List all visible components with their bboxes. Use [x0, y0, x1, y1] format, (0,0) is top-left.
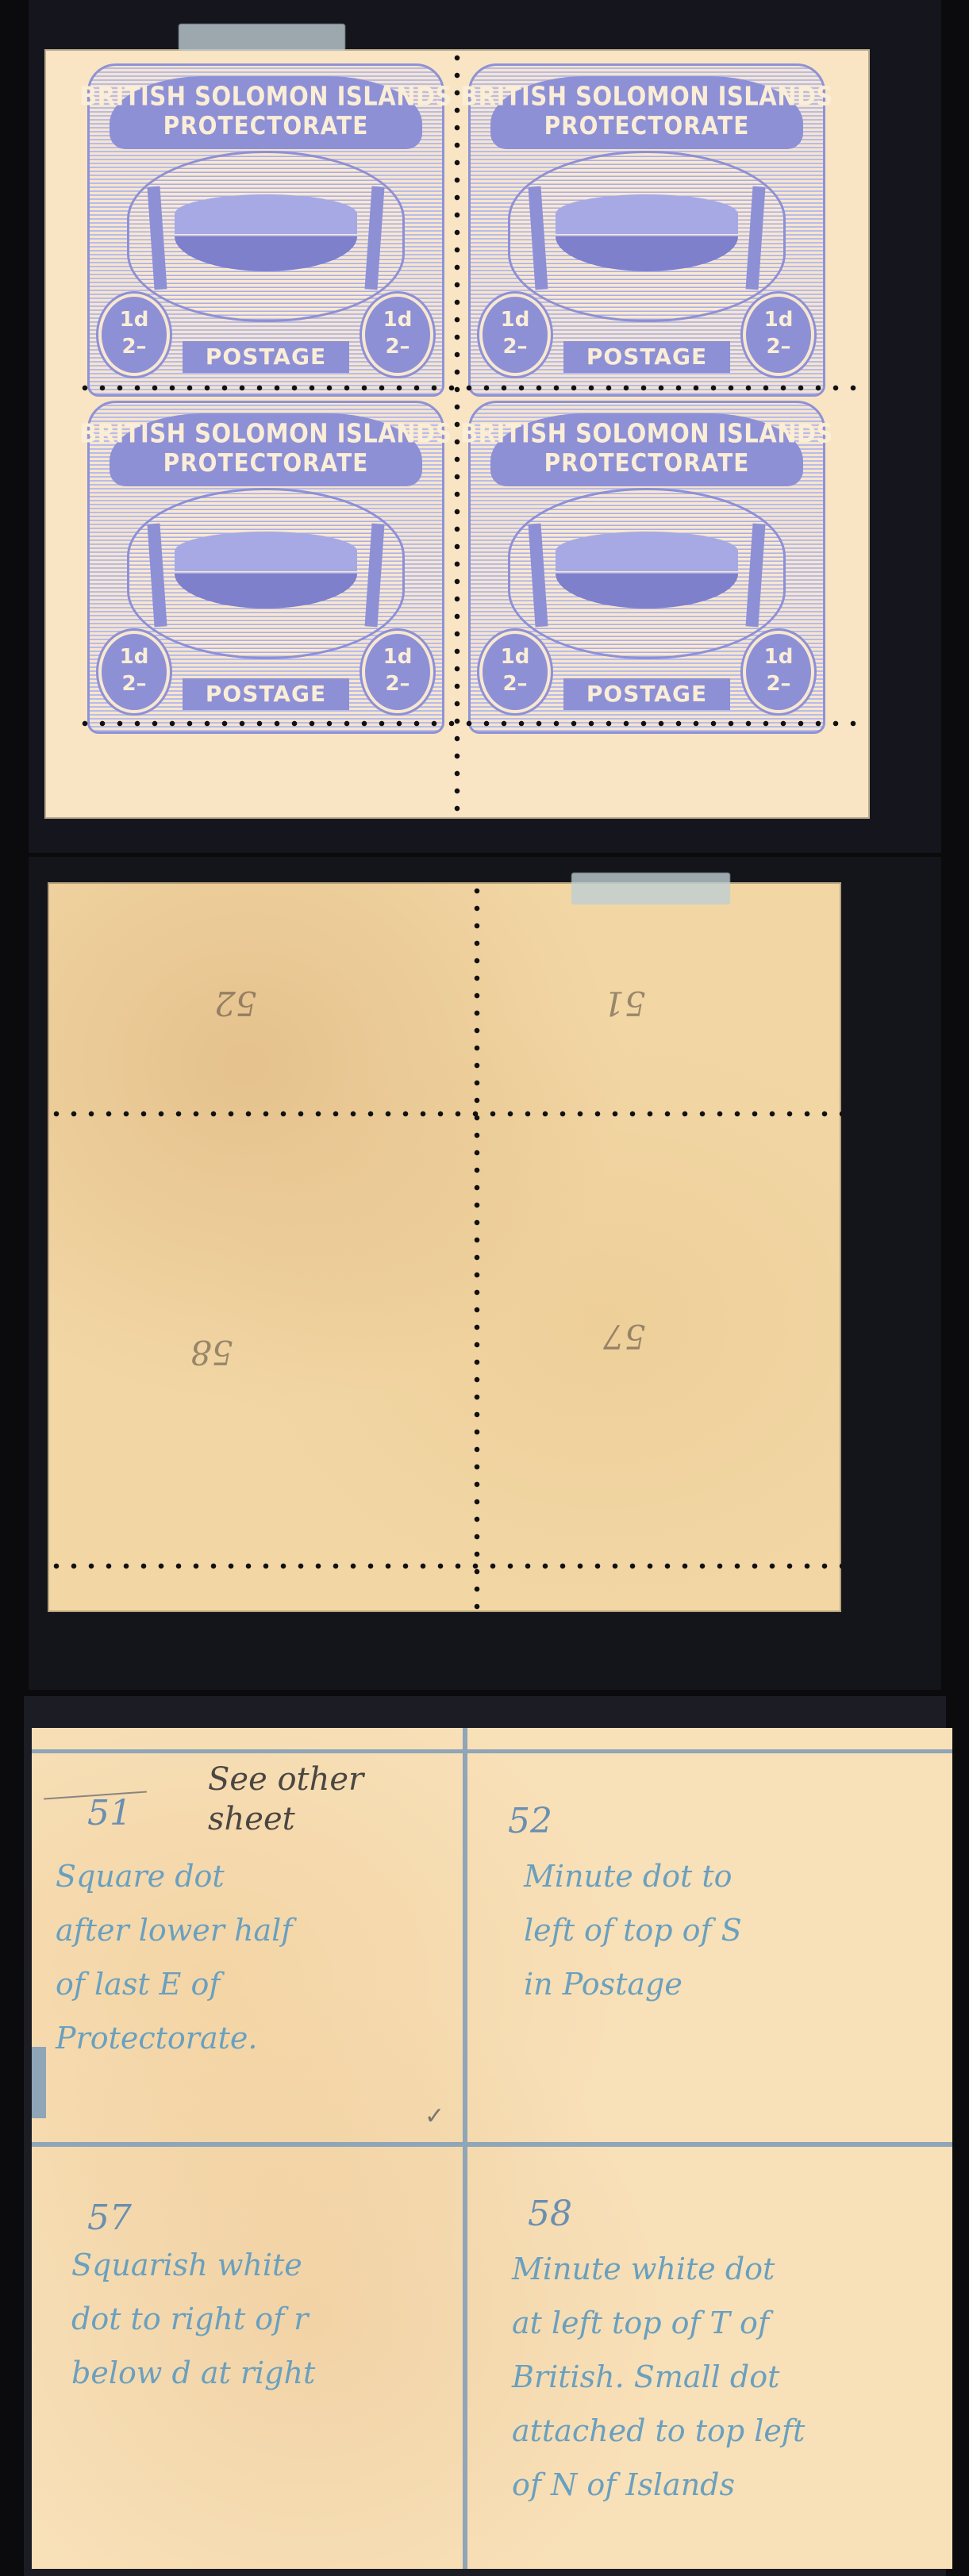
- position-number: 51: [87, 1793, 292, 1833]
- perforation-vertical: [474, 882, 480, 1612]
- stamp-subtitle: PROTECTORATE: [79, 448, 452, 477]
- note-text: Minute dot to left of top of S in Postag…: [524, 1849, 742, 2011]
- value-tablet: 1d2–: [479, 631, 551, 713]
- grid-line: [32, 1749, 952, 1753]
- value-tablet: 1d2–: [362, 294, 433, 376]
- grid-line: [32, 2142, 952, 2147]
- grid-line: [32, 2047, 46, 2118]
- note-cell-51: 51 Square dot after lower half of last E…: [87, 1793, 292, 2065]
- note-cell-52: 52 Minute dot to left of top of S in Pos…: [508, 1801, 742, 2011]
- back-number: 52: [214, 984, 256, 1023]
- hinge-remnant: [571, 873, 730, 904]
- perforation-horizontal: [48, 1563, 841, 1569]
- stamp-title: BRITISH SOLOMON ISLANDS: [79, 417, 452, 448]
- stamp-title: BRITISH SOLOMON ISLANDS: [460, 80, 833, 111]
- value-tablet: 1d2–: [743, 631, 814, 713]
- grid-line: [463, 1728, 467, 2569]
- check-mark-icon: ✓: [425, 2102, 444, 2130]
- stamp-postage-label: POSTAGE: [183, 678, 349, 710]
- stamp-postage-label: POSTAGE: [183, 341, 349, 373]
- back-number: 57: [603, 1317, 645, 1356]
- stamp-block-back: [48, 882, 841, 1612]
- position-number: 57: [87, 2198, 315, 2238]
- note-cell-57: 57 Squarish white dot to right of r belo…: [87, 2198, 315, 2400]
- back-number: 51: [603, 984, 645, 1023]
- note-cell-58: 58 Minute white dot at left top of T of …: [528, 2194, 805, 2512]
- position-number: 52: [508, 1801, 742, 1841]
- stamp-title: BRITISH SOLOMON ISLANDS: [79, 80, 452, 111]
- value-tablet: 1d2–: [743, 294, 814, 376]
- stamp-postage-label: POSTAGE: [563, 341, 730, 373]
- position-number: 58: [528, 2194, 805, 2234]
- stamp-subtitle: PROTECTORATE: [79, 111, 452, 140]
- stamp: BRITISH SOLOMON ISLANDS PROTECTORATE 1d2…: [79, 393, 452, 742]
- perforation-horizontal: [48, 1111, 841, 1117]
- stamp-postage-label: POSTAGE: [563, 678, 730, 710]
- perforation-horizontal: [76, 720, 862, 727]
- note-text: Square dot after lower half of last E of…: [56, 1849, 292, 2065]
- hinge-remnant: [179, 24, 345, 51]
- stamp-subtitle: PROTECTORATE: [460, 111, 833, 140]
- perforation-horizontal: [76, 385, 862, 391]
- back-number: 58: [190, 1333, 233, 1372]
- stamp-subtitle: PROTECTORATE: [460, 448, 833, 477]
- value-tablet: 1d2–: [362, 631, 433, 713]
- value-tablet: 1d2–: [479, 294, 551, 376]
- stamp: BRITISH SOLOMON ISLANDS PROTECTORATE 1d2…: [460, 393, 833, 742]
- note-text: Minute white dot at left top of T of Bri…: [512, 2242, 805, 2512]
- value-tablet: 1d2–: [98, 294, 170, 376]
- value-tablet: 1d2–: [98, 631, 170, 713]
- perforation-vertical: [454, 49, 460, 819]
- stamp-title: BRITISH SOLOMON ISLANDS: [460, 417, 833, 448]
- stamp: BRITISH SOLOMON ISLANDS PROTECTORATE 1d2…: [460, 56, 833, 405]
- stamp: BRITISH SOLOMON ISLANDS PROTECTORATE 1d2…: [79, 56, 452, 405]
- note-text: Squarish white dot to right of r below d…: [71, 2238, 315, 2400]
